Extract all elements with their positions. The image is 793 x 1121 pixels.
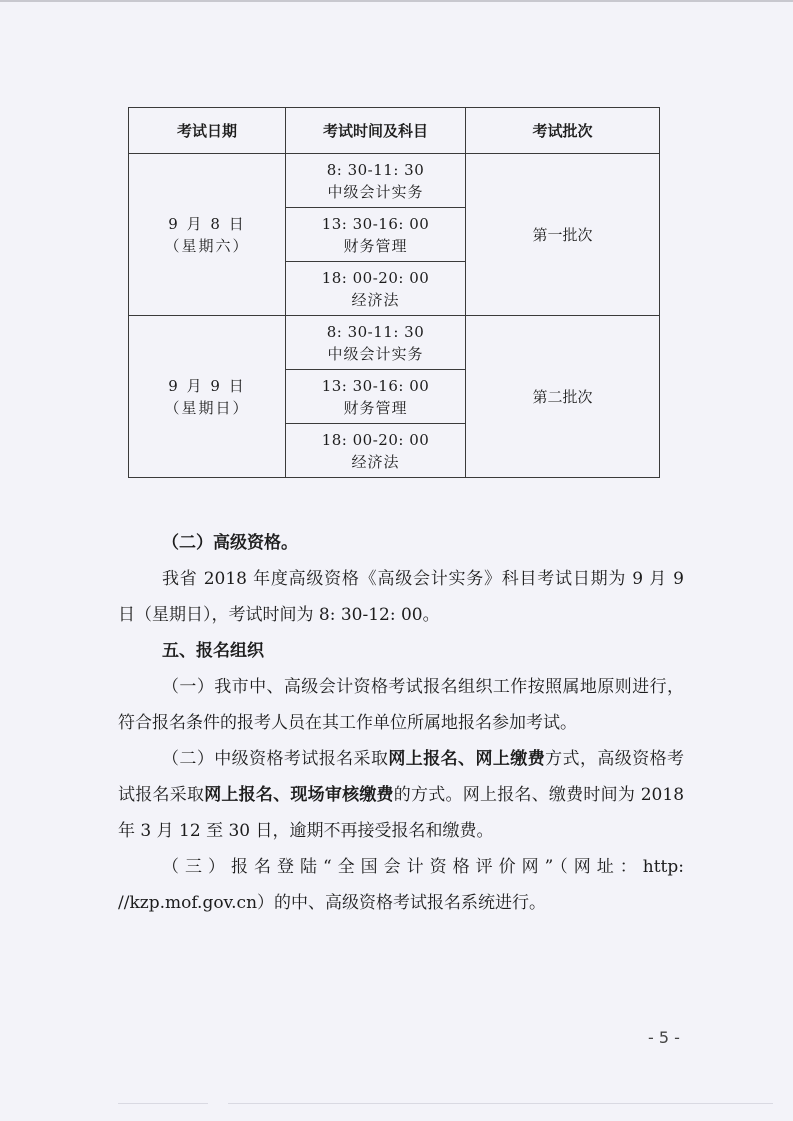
- session-subject: 经济法: [286, 289, 465, 311]
- session-cell: 13: 30-16: 00 财务管理: [286, 370, 466, 424]
- table-header-row: 考试日期 考试时间及科目 考试批次: [129, 108, 660, 154]
- table-row: 9 月 8 日 （星期六） 8: 30-11: 30 中级会计实务 第一批次: [129, 154, 660, 208]
- registration-paragraph-3: （三）报名登陆“全国会计资格评价网”（网址：http: //kzp.mof.go…: [118, 849, 684, 921]
- session-subject: 中级会计实务: [286, 181, 465, 203]
- session-subject: 中级会计实务: [286, 343, 465, 365]
- table-row: 9 月 9 日 （星期日） 8: 30-11: 30 中级会计实务 第二批次: [129, 316, 660, 370]
- session-cell: 18: 00-20: 00 经济法: [286, 424, 466, 478]
- session-cell: 13: 30-16: 00 财务管理: [286, 208, 466, 262]
- date-cell: 9 月 9 日 （星期日）: [129, 316, 286, 478]
- session-subject: 财务管理: [286, 235, 465, 257]
- senior-qualification-paragraph: 我省 2018 年度高级资格《高级会计实务》科目考试日期为 9 月 9 日（星期…: [118, 561, 684, 633]
- batch-cell: 第二批次: [466, 316, 660, 478]
- exam-schedule-table: 考试日期 考试时间及科目 考试批次 9 月 8 日 （星期六） 8: 30-11…: [128, 107, 660, 478]
- body-text: （二）高级资格。 我省 2018 年度高级资格《高级会计实务》科目考试日期为 9…: [118, 525, 684, 921]
- scan-edge: [0, 0, 793, 2]
- header-exam-date: 考试日期: [129, 108, 286, 154]
- date: 9 月 9 日: [129, 375, 285, 397]
- session-cell: 8: 30-11: 30 中级会计实务: [286, 316, 466, 370]
- bold-text-run: 网上报名、现场审核缴费: [204, 785, 394, 805]
- session-subject: 财务管理: [286, 397, 465, 419]
- header-exam-batch: 考试批次: [466, 108, 660, 154]
- session-time: 8: 30-11: 30: [286, 321, 465, 343]
- registration-paragraph-2: （二）中级资格考试报名采取网上报名、网上缴费方式，高级资格考试报名采取网上报名、…: [118, 741, 684, 849]
- date-cell: 9 月 8 日 （星期六）: [129, 154, 286, 316]
- bold-text-run: 网上报名、网上缴费: [388, 749, 545, 769]
- text-run: （三）报名登陆“全国会计资格评价网”（网址：: [162, 857, 643, 877]
- text-run: （二）中级资格考试报名采取: [162, 749, 388, 769]
- session-cell: 18: 00-20: 00 经济法: [286, 262, 466, 316]
- document-page: 考试日期 考试时间及科目 考试批次 9 月 8 日 （星期六） 8: 30-11…: [0, 0, 793, 1121]
- scan-artifact-line: [118, 1103, 208, 1104]
- session-time: 18: 00-20: 00: [286, 429, 465, 451]
- session-time: 13: 30-16: 00: [286, 213, 465, 235]
- session-time: 18: 00-20: 00: [286, 267, 465, 289]
- date: 9 月 8 日: [129, 213, 285, 235]
- header-exam-time-subject: 考试时间及科目: [286, 108, 466, 154]
- session-subject: 经济法: [286, 451, 465, 473]
- weekday: （星期日）: [129, 397, 285, 419]
- section-5-heading: 五、报名组织: [118, 633, 684, 669]
- registration-paragraph-1: （一）我市中、高级会计资格考试报名组织工作按照属地原则进行，符合报名条件的报考人…: [118, 669, 684, 741]
- session-time: 13: 30-16: 00: [286, 375, 465, 397]
- batch-cell: 第一批次: [466, 154, 660, 316]
- scan-artifact-line: [228, 1103, 773, 1104]
- page-number: - 5 -: [648, 1028, 680, 1047]
- session-time: 8: 30-11: 30: [286, 159, 465, 181]
- senior-qualification-heading: （二）高级资格。: [118, 525, 684, 561]
- weekday: （星期六）: [129, 235, 285, 257]
- session-cell: 8: 30-11: 30 中级会计实务: [286, 154, 466, 208]
